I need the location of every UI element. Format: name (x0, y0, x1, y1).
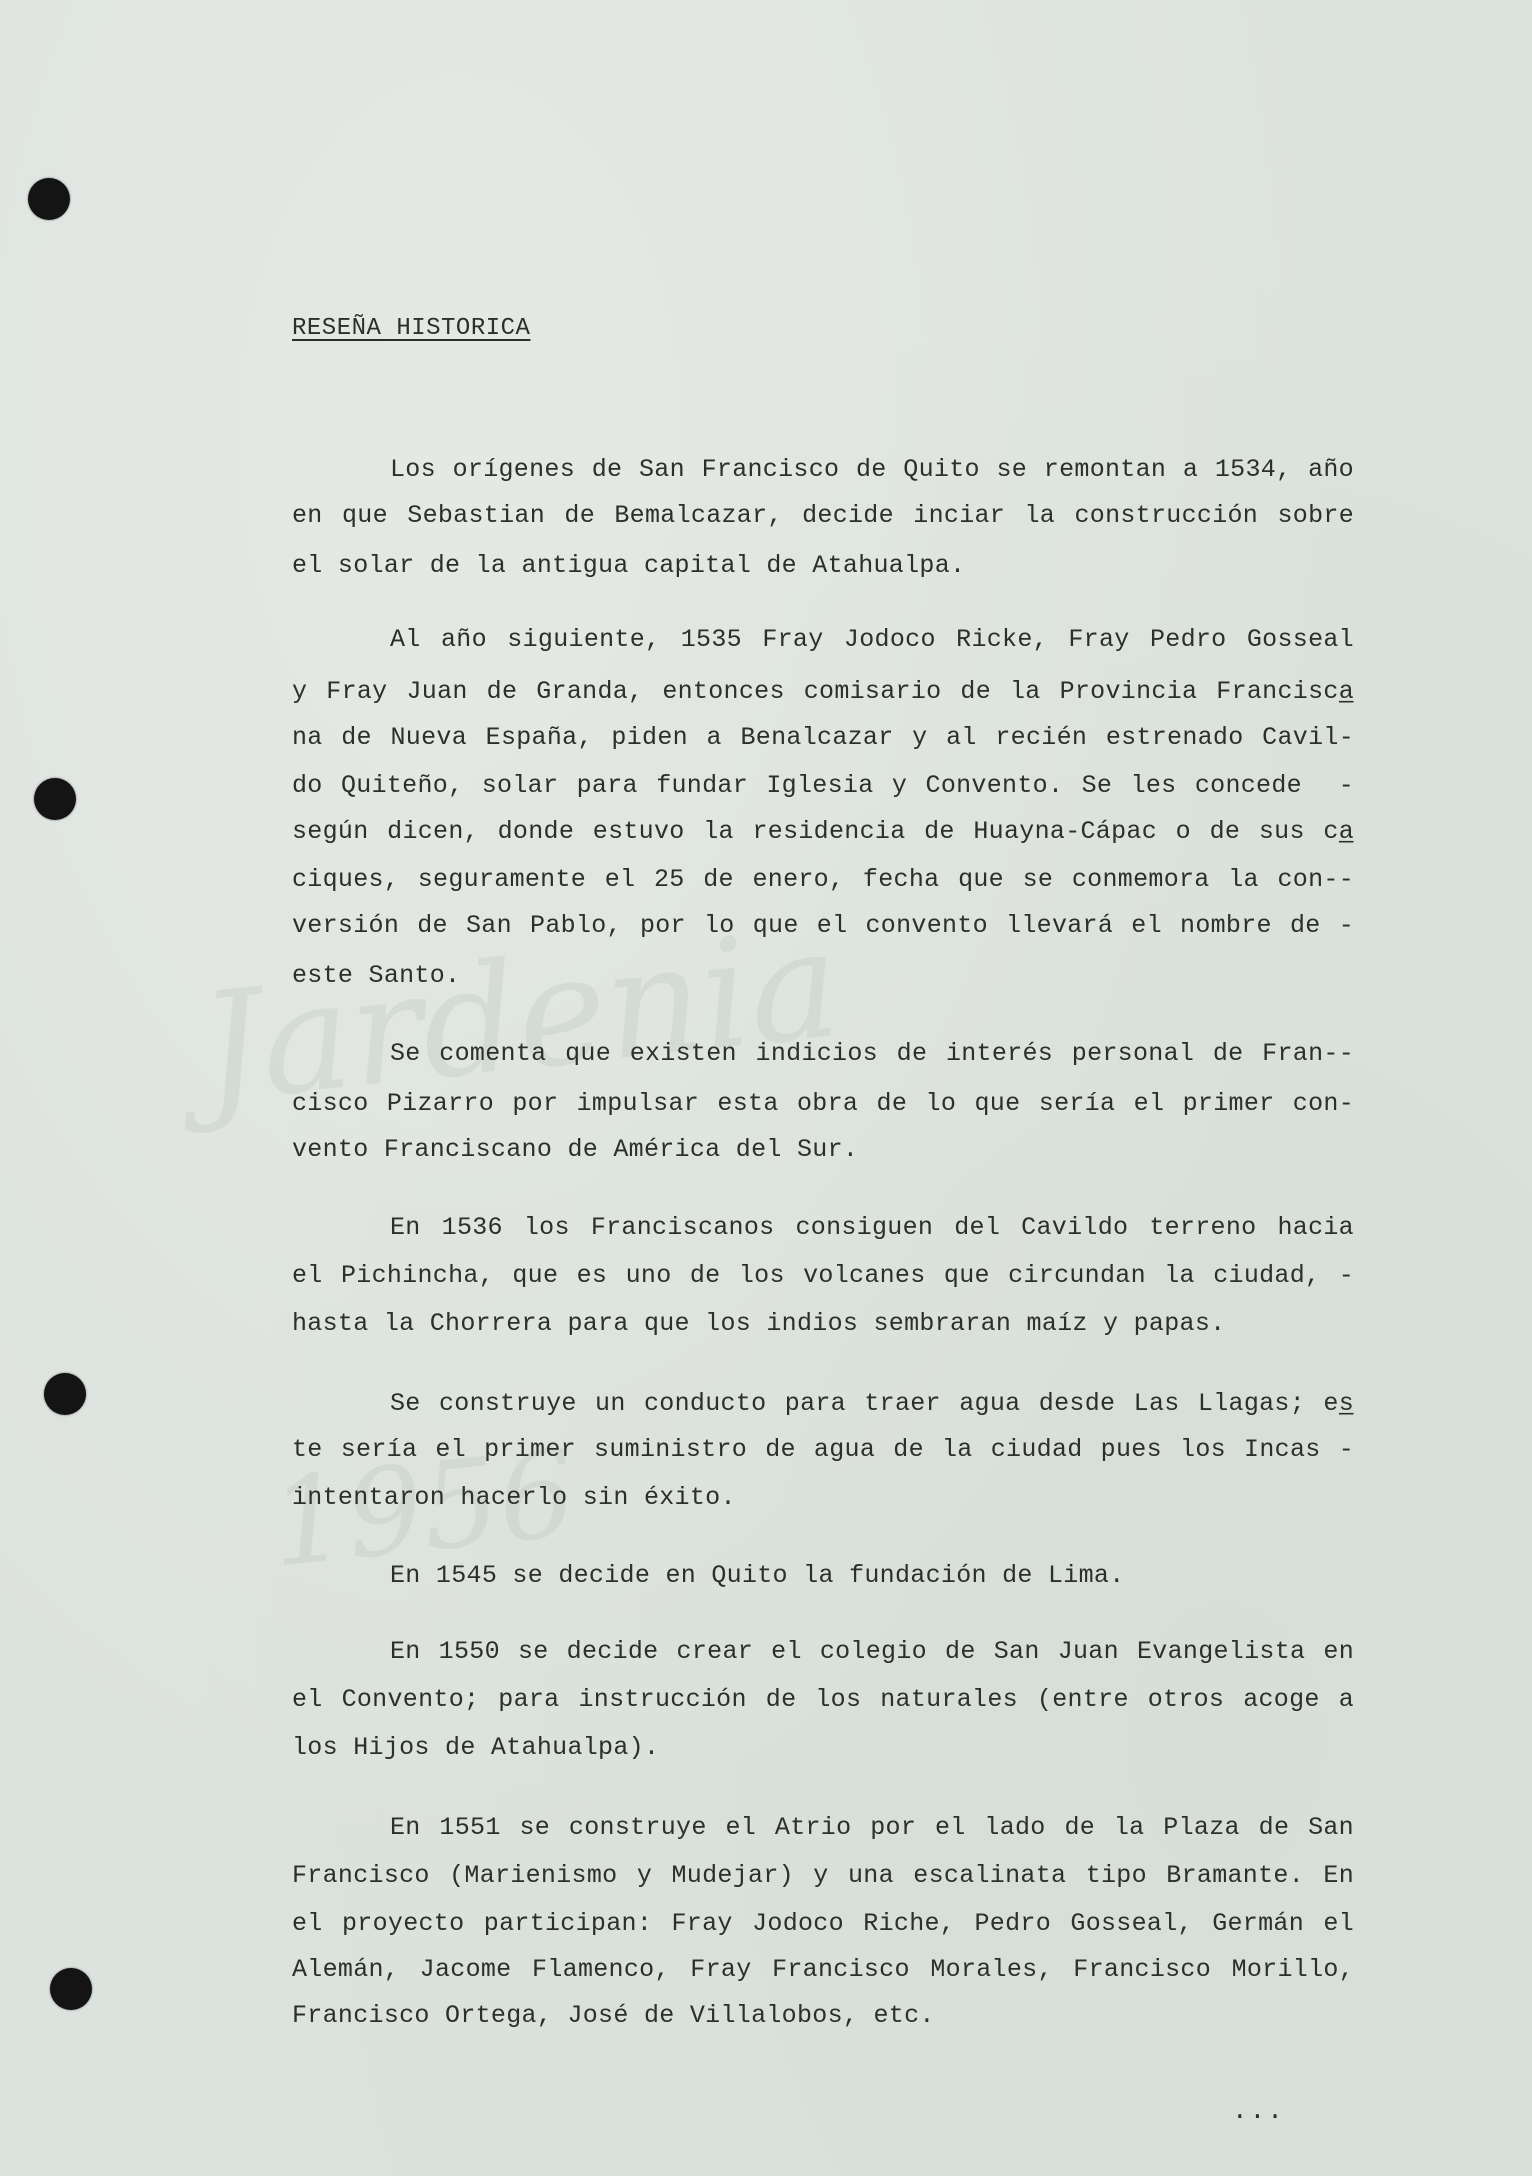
text-line: cisco Pizarro por impulsar esta obra de … (292, 1089, 1354, 1119)
text-line: te sería el primer suministro de agua de… (292, 1435, 1354, 1465)
text-line: el Convento; para instrucción de los nat… (292, 1685, 1354, 1715)
text-line: este Santo. (292, 961, 1354, 991)
text-line: según dicen, donde estuvo la residencia … (292, 817, 1354, 847)
text-line: el Pichincha, que es uno de los volcanes… (292, 1261, 1354, 1291)
text-line: los Hijos de Atahualpa). (292, 1733, 1354, 1763)
text-line: intentaron hacerlo sin éxito. (292, 1483, 1354, 1513)
text-line: Se comenta que existen indicios de inter… (390, 1039, 1354, 1069)
text-line: Los orígenes de San Francisco de Quito s… (390, 455, 1354, 485)
punch-hole (34, 778, 76, 820)
text-line: el solar de la antigua capital de Atahua… (292, 551, 1354, 581)
text-line: vento Franciscano de América del Sur. (292, 1135, 1354, 1165)
continuation-mark: ... (1232, 2096, 1285, 2126)
text-line: na de Nueva España, piden a Benalcazar y… (292, 723, 1354, 753)
text-line: Al año siguiente, 1535 Fray Jodoco Ricke… (390, 625, 1354, 655)
text-line: do Quiteño, solar para fundar Iglesia y … (292, 771, 1354, 801)
text-line: En 1536 los Franciscanos consiguen del C… (390, 1213, 1354, 1243)
text-line: y Fray Juan de Granda, entonces comisari… (292, 677, 1354, 707)
text-line: ciques, seguramente el 25 de enero, fech… (292, 865, 1354, 895)
text-line: En 1545 se decide en Quito la fundación … (390, 1561, 1354, 1591)
text-line: En 1550 se decide crear el colegio de Sa… (390, 1637, 1354, 1667)
text-line: Alemán, Jacome Flamenco, Fray Francisco … (292, 1955, 1354, 1985)
text-line: el proyecto participan: Fray Jodoco Rich… (292, 1909, 1354, 1939)
punch-hole (28, 178, 70, 220)
text-line: Francisco (Marienismo y Mudejar) y una e… (292, 1861, 1354, 1891)
paper-background (0, 0, 1532, 2176)
text-line: Se construye un conducto para traer agua… (390, 1389, 1354, 1419)
text-line: hasta la Chorrera para que los indios se… (292, 1309, 1354, 1339)
punch-hole (50, 1968, 92, 2010)
text-line: Francisco Ortega, José de Villalobos, et… (292, 2001, 1354, 2031)
punch-hole (44, 1373, 86, 1415)
text-line: En 1551 se construye el Atrio por el lad… (390, 1813, 1354, 1843)
text-line: en que Sebastian de Bemalcazar, decide i… (292, 501, 1354, 531)
page-title: RESEÑA HISTORICA (292, 315, 530, 342)
text-line: versión de San Pablo, por lo que el conv… (292, 911, 1354, 941)
